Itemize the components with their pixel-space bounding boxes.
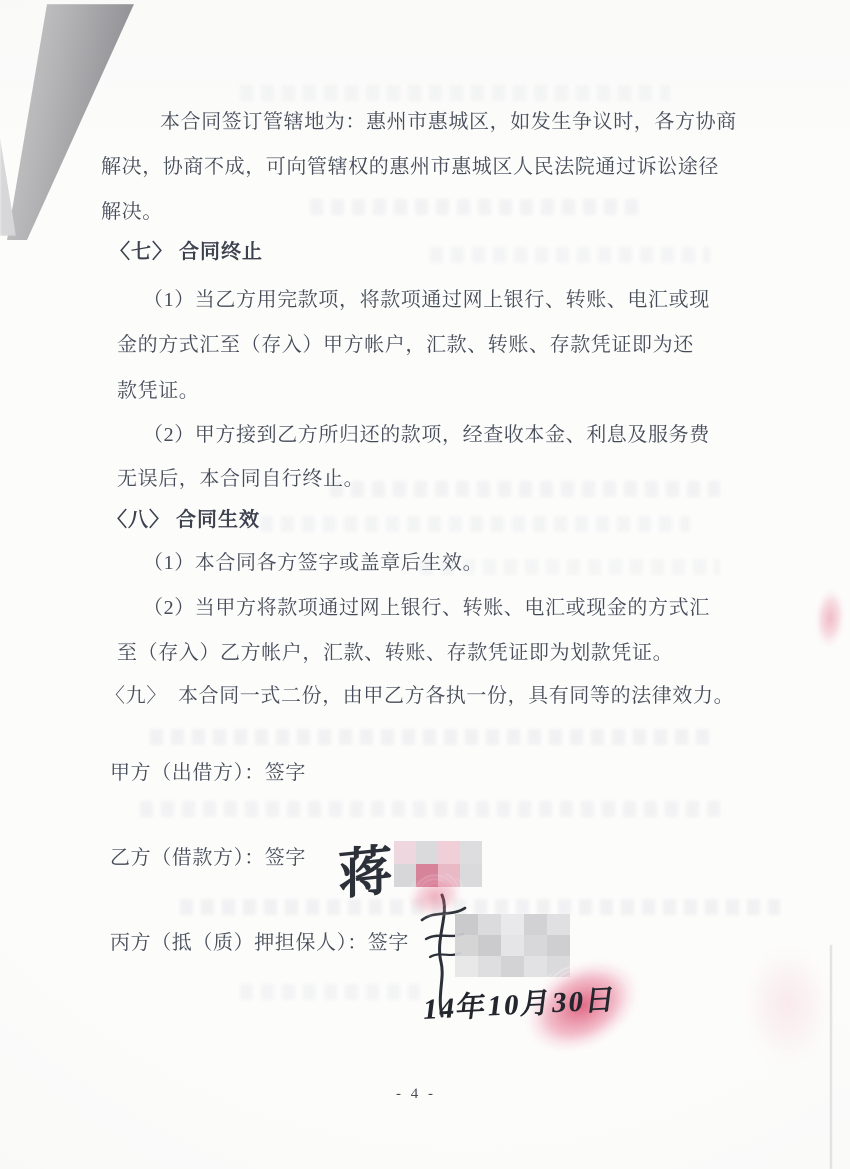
party-b-handwritten-signature: 蒋 <box>338 827 392 910</box>
bleed-through-artifact <box>430 247 710 263</box>
bleed-through-artifact <box>150 729 710 745</box>
jurisdiction-clause-line-3: 解决。 <box>101 201 163 224</box>
section-8-heading: 〈八〉 合同生效 <box>107 509 260 532</box>
bleed-through-artifact <box>180 899 780 915</box>
party-c-name-censor-mosaic <box>455 914 570 977</box>
page-number: - 4 - <box>396 1086 436 1103</box>
section-7-item-2-line-2: 无误后，本合同自行终止。 <box>117 468 364 491</box>
section-8-item-2-line-1: （2）当甲方将款项通过网上银行、转账、电汇或现金的方式汇 <box>143 597 710 620</box>
section-7-item-2-line-1: （2）甲方接到乙方所归还的款项，经查收本金、利息及服务费 <box>143 424 710 447</box>
party-a-signature-label: 甲方（出借方）：签字 <box>110 762 306 785</box>
section-7-item-1-line-1: （1）当乙方用完款项，将款项通过网上银行、转账、电汇或现 <box>143 289 710 312</box>
party-b-name-censor-mosaic <box>394 841 482 887</box>
bleed-through-artifact <box>240 85 670 101</box>
section-8-item-1: （1）本合同各方签字或盖章后生效。 <box>143 552 483 575</box>
page-fold-edge-artifact <box>0 138 16 236</box>
section-7-item-1-line-3: 款凭证。 <box>117 380 199 403</box>
party-c-signature-label: 丙方（抵（质）押担保人）：签字 <box>110 932 409 955</box>
fingerprint-smudge-faint <box>740 940 835 1070</box>
scanned-contract-page: 本合同签订管辖地为：惠州市惠城区，如发生争议时，各方协商 解决，协商不成，可向管… <box>0 0 850 1169</box>
bleed-through-artifact <box>310 199 640 215</box>
section-7-item-1-line-2: 金的方式汇至（存入）甲方帐户，汇款、转账、存款凭证即为还 <box>117 334 694 357</box>
bleed-through-artifact <box>140 801 720 817</box>
page-edge-line <box>830 945 832 1169</box>
bleed-through-artifact <box>330 481 720 497</box>
fingerprint-smudge-edge <box>812 585 848 651</box>
jurisdiction-clause-line-1: 本合同签订管辖地为：惠州市惠城区，如发生争议时，各方协商 <box>160 111 737 134</box>
jurisdiction-clause-line-2: 解决，协商不成，可向管辖权的惠州市惠城区人民法院通过诉讼途径 <box>101 156 719 179</box>
section-9-clause: 〈九〉 本合同一式二份，由甲乙方各执一份，具有同等的法律效力。 <box>105 685 734 708</box>
bleed-through-artifact <box>240 984 420 1000</box>
section-7-heading: 〈七〉 合同终止 <box>110 241 263 264</box>
bleed-through-artifact <box>260 516 690 532</box>
section-8-item-2-line-2: 至（存入）乙方帐户，汇款、转账、存款凭证即为划款凭证。 <box>117 642 673 665</box>
party-b-signature-label: 乙方（借款方）：签字 <box>110 847 306 870</box>
